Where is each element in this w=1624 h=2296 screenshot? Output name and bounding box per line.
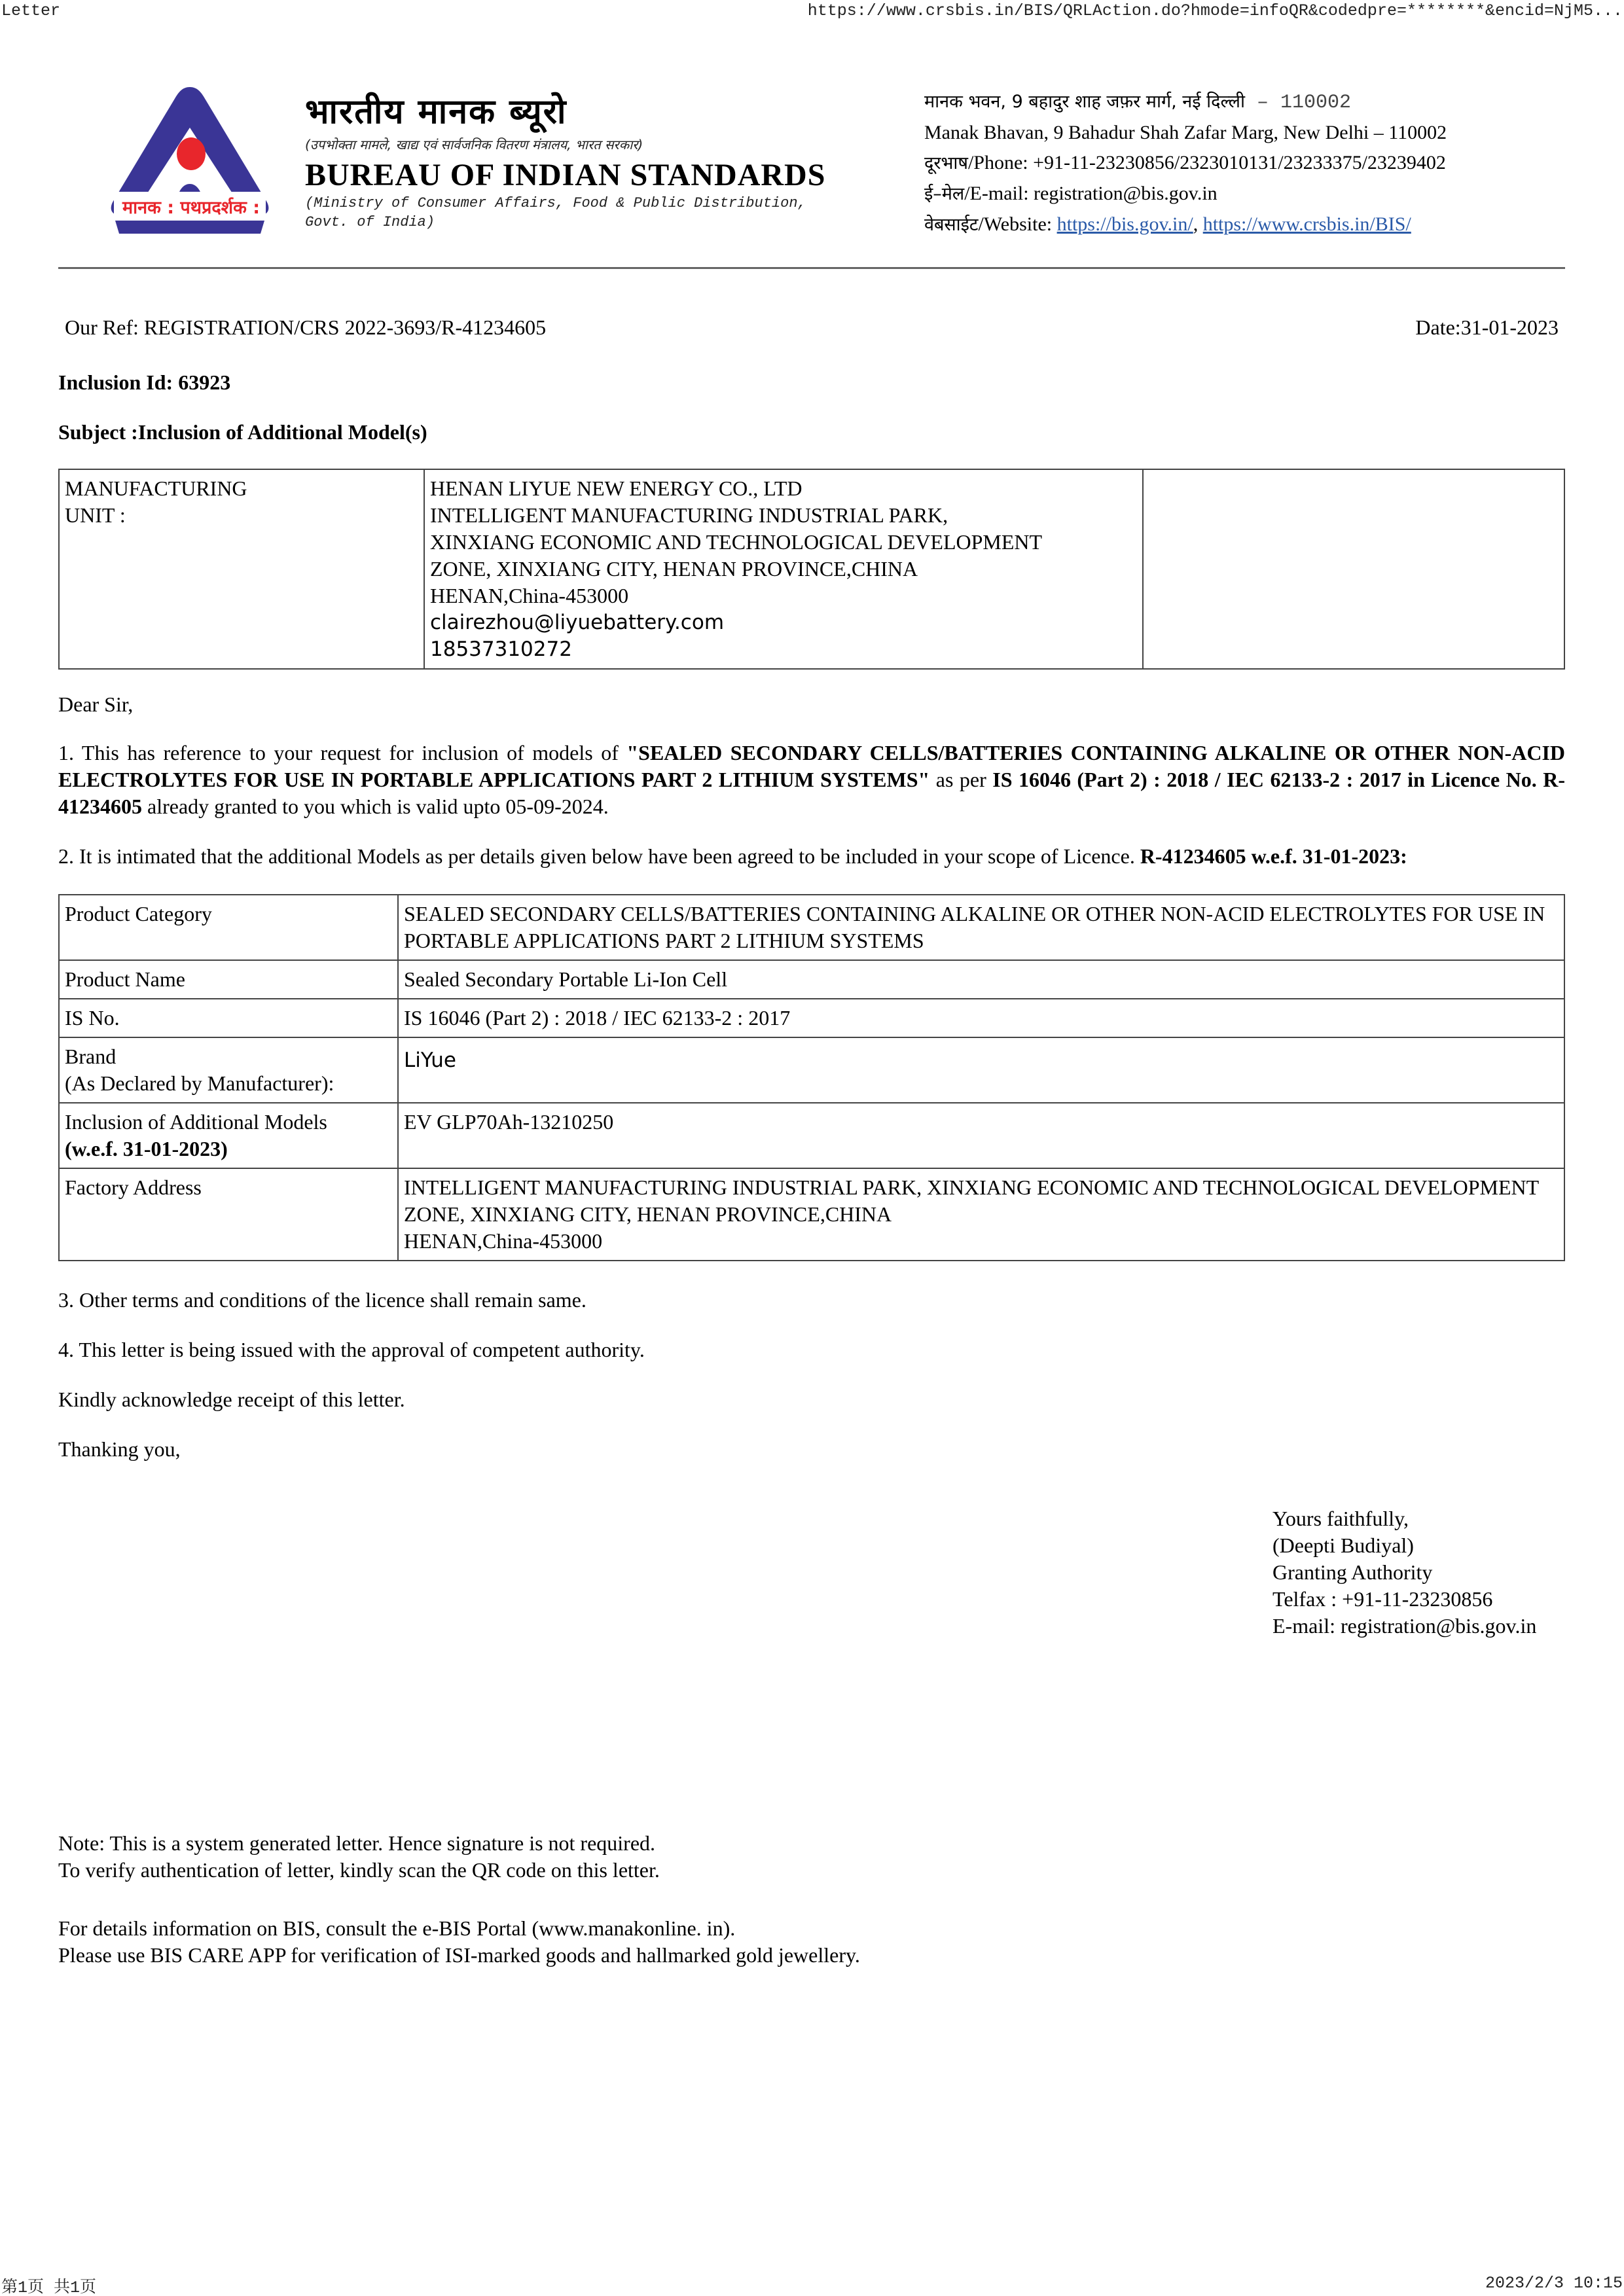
- manufacturer-label: MANUFACTURING UNIT :: [59, 469, 424, 669]
- table-row: Inclusion of Additional Models (w.e.f. 3…: [59, 1103, 1564, 1168]
- table-row: IS No. IS 16046 (Part 2) : 2018 / IEC 62…: [59, 999, 1564, 1037]
- thanking-line: Thanking you,: [58, 1436, 1565, 1463]
- email-line: ई–मेल/E-mail: registration@bis.gov.in: [924, 179, 1579, 209]
- table-row: Product Category SEALED SECONDARY CELLS/…: [59, 895, 1564, 960]
- org-title-block: भारतीय मानक ब्यूरो (उपभोक्ता मामले, खाद्…: [305, 90, 894, 232]
- paragraph-2: 2. It is intimated that the additional M…: [58, 843, 1565, 870]
- row-label: Product Category: [59, 895, 398, 960]
- page-count: 第1页 共1页: [1, 2274, 96, 2293]
- closing: Yours faithfully,: [1272, 1505, 1536, 1532]
- signatory-title: Granting Authority: [1272, 1559, 1536, 1586]
- table-row: Product Name Sealed Secondary Portable L…: [59, 960, 1564, 999]
- paragraph-1: 1. This has reference to your request fo…: [58, 740, 1565, 820]
- our-ref: Our Ref: REGISTRATION/CRS 2022-3693/R-41…: [65, 314, 546, 341]
- header-divider: [58, 267, 1565, 269]
- email-address: registration@bis.gov.in: [1034, 183, 1218, 204]
- print-header-title: Letter: [1, 1, 60, 21]
- contact-block: मानक भवन, 9 बहादुर शाह जफ़र मार्ग, नई दि…: [924, 86, 1579, 240]
- reference-row: Our Ref: REGISTRATION/CRS 2022-3693/R-41…: [58, 314, 1565, 341]
- phone-numbers: +91-11-23230856/2323010131/23233375/2323…: [1033, 152, 1446, 173]
- brand-value: LiYue: [398, 1037, 1564, 1103]
- signatory-telfax: Telfax : +91-11-23230856: [1272, 1586, 1536, 1613]
- ministry-hindi: (उपभोक्ता मामले, खाद्य एवं सार्वजनिक वित…: [305, 135, 894, 154]
- print-footer: 第1页 共1页 2023/2/3 10:15: [0, 2274, 1624, 2293]
- row-label: Product Name: [59, 960, 398, 999]
- org-name-english: BUREAU OF INDIAN STANDARDS: [305, 157, 894, 194]
- address-hindi: मानक भवन, 9 बहादुर शाह जफ़र मार्ग, नई दि…: [924, 86, 1579, 118]
- manufacturer-email: clairezhou@liyuebattery.com: [430, 609, 1137, 636]
- row-label: Factory Address: [59, 1168, 398, 1261]
- info-block: For details information on BIS, consult …: [58, 1915, 1565, 1969]
- print-header: Letter https://www.crsbis.in/BIS/QRLActi…: [0, 1, 1624, 21]
- manufacturer-empty-cell: [1143, 469, 1564, 669]
- ministry-english-line2: Govt. of India): [305, 213, 894, 232]
- bis-logo: मानक : पथप्रदर्शक :: [105, 82, 275, 239]
- row-label: Inclusion of Additional Models (w.e.f. 3…: [59, 1103, 398, 1168]
- logo-motto: मानक : पथप्रदर्शक :: [119, 194, 263, 219]
- address-english: Manak Bhavan, 9 Bahadur Shah Zafar Marg,…: [924, 118, 1579, 148]
- row-label: Brand (As Declared by Manufacturer):: [59, 1037, 398, 1103]
- note-block: Note: This is a system generated letter.…: [58, 1830, 1565, 1884]
- table-row: MANUFACTURING UNIT : HENAN LIYUE NEW ENE…: [59, 469, 1564, 669]
- manufacturer-address-line: INTELLIGENT MANUFACTURING INDUSTRIAL PAR…: [430, 502, 1137, 529]
- manufacturer-name: HENAN LIYUE NEW ENERGY CO., LTD: [430, 475, 1137, 502]
- table-row: Brand (As Declared by Manufacturer): LiY…: [59, 1037, 1564, 1103]
- signatory-email: E-mail: registration@bis.gov.in: [1272, 1613, 1536, 1640]
- acknowledge-line: Kindly acknowledge receipt of this lette…: [58, 1386, 1565, 1413]
- manufacturer-details: HENAN LIYUE NEW ENERGY CO., LTD INTELLIG…: [424, 469, 1143, 669]
- inclusion-id: Inclusion Id: 63923: [58, 369, 1565, 396]
- website-line: वेबसाईट/Website: https://bis.gov.in/, ht…: [924, 209, 1579, 240]
- manufacturer-address-line: HENAN,China-453000: [430, 583, 1137, 609]
- manufacturer-table: MANUFACTURING UNIT : HENAN LIYUE NEW ENE…: [58, 469, 1565, 670]
- subject-line: Subject :Inclusion of Additional Model(s…: [58, 419, 1565, 446]
- ministry-english-line1: (Ministry of Consumer Affairs, Food & Pu…: [305, 194, 894, 213]
- manufacturer-phone: 18537310272: [430, 636, 1137, 663]
- row-label: IS No.: [59, 999, 398, 1037]
- manufacturer-address-line: ZONE, XINXIANG CITY, HENAN PROVINCE,CHIN…: [430, 556, 1137, 583]
- signatory-name: (Deepti Budiyal): [1272, 1532, 1536, 1559]
- phone-line: दूरभाष/Phone: +91-11-23230856/2323010131…: [924, 148, 1579, 179]
- row-value: SEALED SECONDARY CELLS/BATTERIES CONTAIN…: [398, 895, 1564, 960]
- paragraph-3: 3. Other terms and conditions of the lic…: [58, 1287, 1565, 1314]
- manufacturer-address-line: XINXIANG ECONOMIC AND TECHNOLOGICAL DEVE…: [430, 529, 1137, 556]
- factory-address-value: INTELLIGENT MANUFACTURING INDUSTRIAL PAR…: [398, 1168, 1564, 1261]
- salutation: Dear Sir,: [58, 691, 1565, 718]
- signature-block: Yours faithfully, (Deepti Budiyal) Grant…: [1272, 1505, 1536, 1640]
- org-name-hindi: भारतीय मानक ब्यूरो: [305, 90, 894, 134]
- print-timestamp: 2023/2/3 10:15: [1485, 2274, 1623, 2293]
- print-header-url: https://www.crsbis.in/BIS/QRLAction.do?h…: [808, 1, 1623, 21]
- website-link-crsbis[interactable]: https://www.crsbis.in/BIS/: [1203, 213, 1411, 235]
- website-link-bis[interactable]: https://bis.gov.in/: [1057, 213, 1193, 235]
- table-row: Factory Address INTELLIGENT MANUFACTURIN…: [59, 1168, 1564, 1261]
- paragraph-4: 4. This letter is being issued with the …: [58, 1336, 1565, 1363]
- model-details-table: Product Category SEALED SECONDARY CELLS/…: [58, 894, 1565, 1261]
- model-value: EV GLP70Ah-13210250: [398, 1103, 1564, 1168]
- row-value: Sealed Secondary Portable Li-Ion Cell: [398, 960, 1564, 999]
- letter-date: Date:31-01-2023: [1415, 314, 1559, 341]
- row-value: IS 16046 (Part 2) : 2018 / IEC 62133-2 :…: [398, 999, 1564, 1037]
